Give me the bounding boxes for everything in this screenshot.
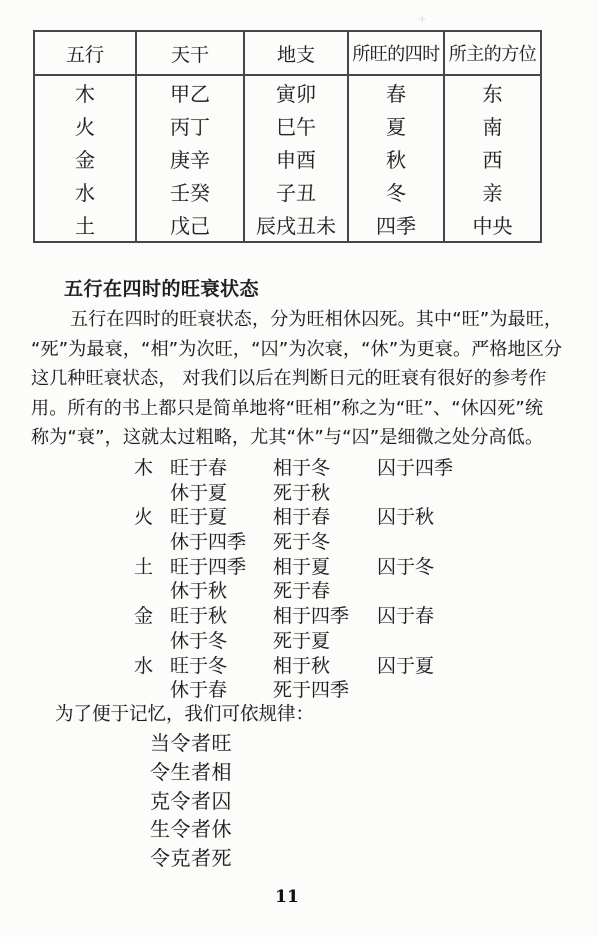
cell: 春 (348, 75, 444, 109)
mnemonic-line: 生令者休 (150, 815, 232, 844)
cell: 辰戌丑未 (244, 208, 348, 242)
cell: 南 (444, 109, 541, 142)
spacer (377, 579, 453, 604)
state-row-earth-primary: 土 旺于四季 相于夏 囚于冬 (134, 555, 453, 580)
mnemonic-intro: 为了便于记忆，我们可依规律： (55, 700, 314, 726)
cell: 木 (34, 75, 136, 109)
state-wang: 旺于夏 (170, 505, 273, 530)
cell: 西 (444, 142, 541, 175)
state-xiu: 休于四季 (170, 530, 273, 555)
state-xiu: 休于夏 (170, 481, 273, 506)
element-name: 木 (134, 456, 170, 481)
cell: 壬癸 (136, 175, 244, 208)
state-row-earth-secondary: 休于秋 死于春 (134, 579, 453, 604)
state-qiu: 囚于秋 (377, 505, 453, 530)
five-elements-table: 五行 天干 地支 所旺的四时 所主的方位 木 甲乙 寅卯 春 东 火 丙丁 巳午… (33, 30, 542, 243)
state-wang: 旺于秋 (170, 604, 273, 629)
state-row-wood-secondary: 休于夏 死于秋 (134, 481, 453, 506)
element-name: 土 (134, 555, 170, 580)
state-row-metal-primary: 金 旺于秋 相于四季 囚于春 (134, 604, 453, 629)
state-row-metal-secondary: 休于冬 死于夏 (134, 629, 453, 654)
section-heading: 五行在四时的旺衰状态 (64, 274, 259, 301)
state-xiang: 相于春 (273, 505, 377, 530)
state-xiu: 休于冬 (170, 629, 273, 654)
column-header-wuxing: 五行 (34, 31, 136, 75)
state-wang: 旺于冬 (170, 654, 273, 679)
cell: 寅卯 (244, 75, 348, 109)
spacer (134, 629, 170, 654)
column-header-seasons: 所旺的四时 (348, 31, 444, 75)
paragraph-line: 五行在四时的旺衰状态，分为旺相休囚死。其中“旺”为最旺， (31, 305, 573, 335)
spacer (134, 530, 170, 555)
state-xiang: 相于四季 (273, 604, 377, 629)
column-header-direction: 所主的方位 (444, 31, 541, 75)
element-name: 水 (134, 654, 170, 679)
paragraph-line: “死”为最衰，“相”为次旺，“囚”为次衰，“休”为更衰。严格地区分 (31, 335, 573, 365)
table-row: 火 丙丁 巳午 夏 南 (34, 109, 541, 142)
spacer (134, 579, 170, 604)
scan-artifact: + (418, 14, 426, 25)
table-header-row: 五行 天干 地支 所旺的四时 所主的方位 (34, 31, 541, 75)
cell: 土 (34, 208, 136, 242)
mnemonic-line: 令克者死 (150, 844, 232, 873)
cell: 火 (34, 109, 136, 142)
cell: 申酉 (244, 142, 348, 175)
cell: 冬 (348, 175, 444, 208)
spacer (377, 530, 453, 555)
state-qiu: 囚于冬 (377, 555, 453, 580)
book-page: + 五行 天干 地支 所旺的四时 所主的方位 木 甲乙 寅卯 春 东 火 (0, 0, 598, 937)
state-xiang: 相于夏 (273, 555, 377, 580)
state-wang: 旺于春 (170, 456, 273, 481)
table-row: 金 庚辛 申酉 秋 西 (34, 142, 541, 175)
mnemonic-list: 当令者旺 令生者相 克令者囚 生令者休 令克者死 (150, 729, 232, 873)
table-row: 水 壬癸 子丑 冬 亲 (34, 175, 541, 208)
state-qiu: 囚于夏 (377, 654, 453, 679)
mnemonic-line: 克令者囚 (150, 787, 232, 816)
cell: 巳午 (244, 109, 348, 142)
state-si: 死于冬 (273, 530, 377, 555)
spacer (377, 678, 453, 703)
state-xiang: 相于冬 (273, 456, 377, 481)
cell: 子丑 (244, 175, 348, 208)
state-row-fire-secondary: 休于四季 死于冬 (134, 530, 453, 555)
state-xiang: 相于秋 (273, 654, 377, 679)
cell: 夏 (348, 109, 444, 142)
cell: 庚辛 (136, 142, 244, 175)
state-row-water-primary: 水 旺于冬 相于秋 囚于夏 (134, 654, 453, 679)
state-row-fire-primary: 火 旺于夏 相于春 囚于秋 (134, 505, 453, 530)
element-name: 火 (134, 505, 170, 530)
cell: 中央 (444, 208, 541, 242)
state-qiu: 囚于四季 (377, 456, 453, 481)
state-qiu: 囚于春 (377, 604, 453, 629)
cell: 金 (34, 142, 136, 175)
page-number: 11 (227, 887, 347, 907)
table-row: 木 甲乙 寅卯 春 东 (34, 75, 541, 109)
column-header-dizhi: 地支 (244, 31, 348, 75)
state-wang: 旺于四季 (170, 555, 273, 580)
state-si: 死于夏 (273, 629, 377, 654)
column-header-tiangan: 天干 (136, 31, 244, 75)
mnemonic-line: 当令者旺 (150, 729, 232, 758)
body-paragraph: 五行在四时的旺衰状态，分为旺相休囚死。其中“旺”为最旺， “死”为最衰，“相”为… (31, 305, 573, 453)
paragraph-line: 称为“衰”，这就太过粗略，尤其“休”与“囚”是细微之处分高低。 (31, 423, 573, 453)
cell: 丙丁 (136, 109, 244, 142)
spacer (377, 629, 453, 654)
cell: 水 (34, 175, 136, 208)
cell: 亲 (444, 175, 541, 208)
state-xiu: 休于秋 (170, 579, 273, 604)
table-row: 土 戊己 辰戌丑未 四季 中央 (34, 208, 541, 242)
element-name: 金 (134, 604, 170, 629)
paragraph-line: 这几种旺衰状态， 对我们以后在判断日元的旺衰有很好的参考作 (31, 364, 573, 394)
state-row-wood-primary: 木 旺于春 相于冬 囚于四季 (134, 456, 453, 481)
paragraph-line: 用。所有的书上都只是简单地将“旺相”称之为“旺”、“休囚死”统 (31, 394, 573, 424)
state-si: 死于春 (273, 579, 377, 604)
spacer (134, 481, 170, 506)
element-states-list: 木 旺于春 相于冬 囚于四季 休于夏 死于秋 火 旺于夏 相于春 囚于秋 休于四… (134, 456, 453, 703)
spacer (377, 481, 453, 506)
cell: 东 (444, 75, 541, 109)
state-si: 死于秋 (273, 481, 377, 506)
cell: 四季 (348, 208, 444, 242)
mnemonic-line: 令生者相 (150, 758, 232, 787)
cell: 秋 (348, 142, 444, 175)
cell: 甲乙 (136, 75, 244, 109)
cell: 戊己 (136, 208, 244, 242)
